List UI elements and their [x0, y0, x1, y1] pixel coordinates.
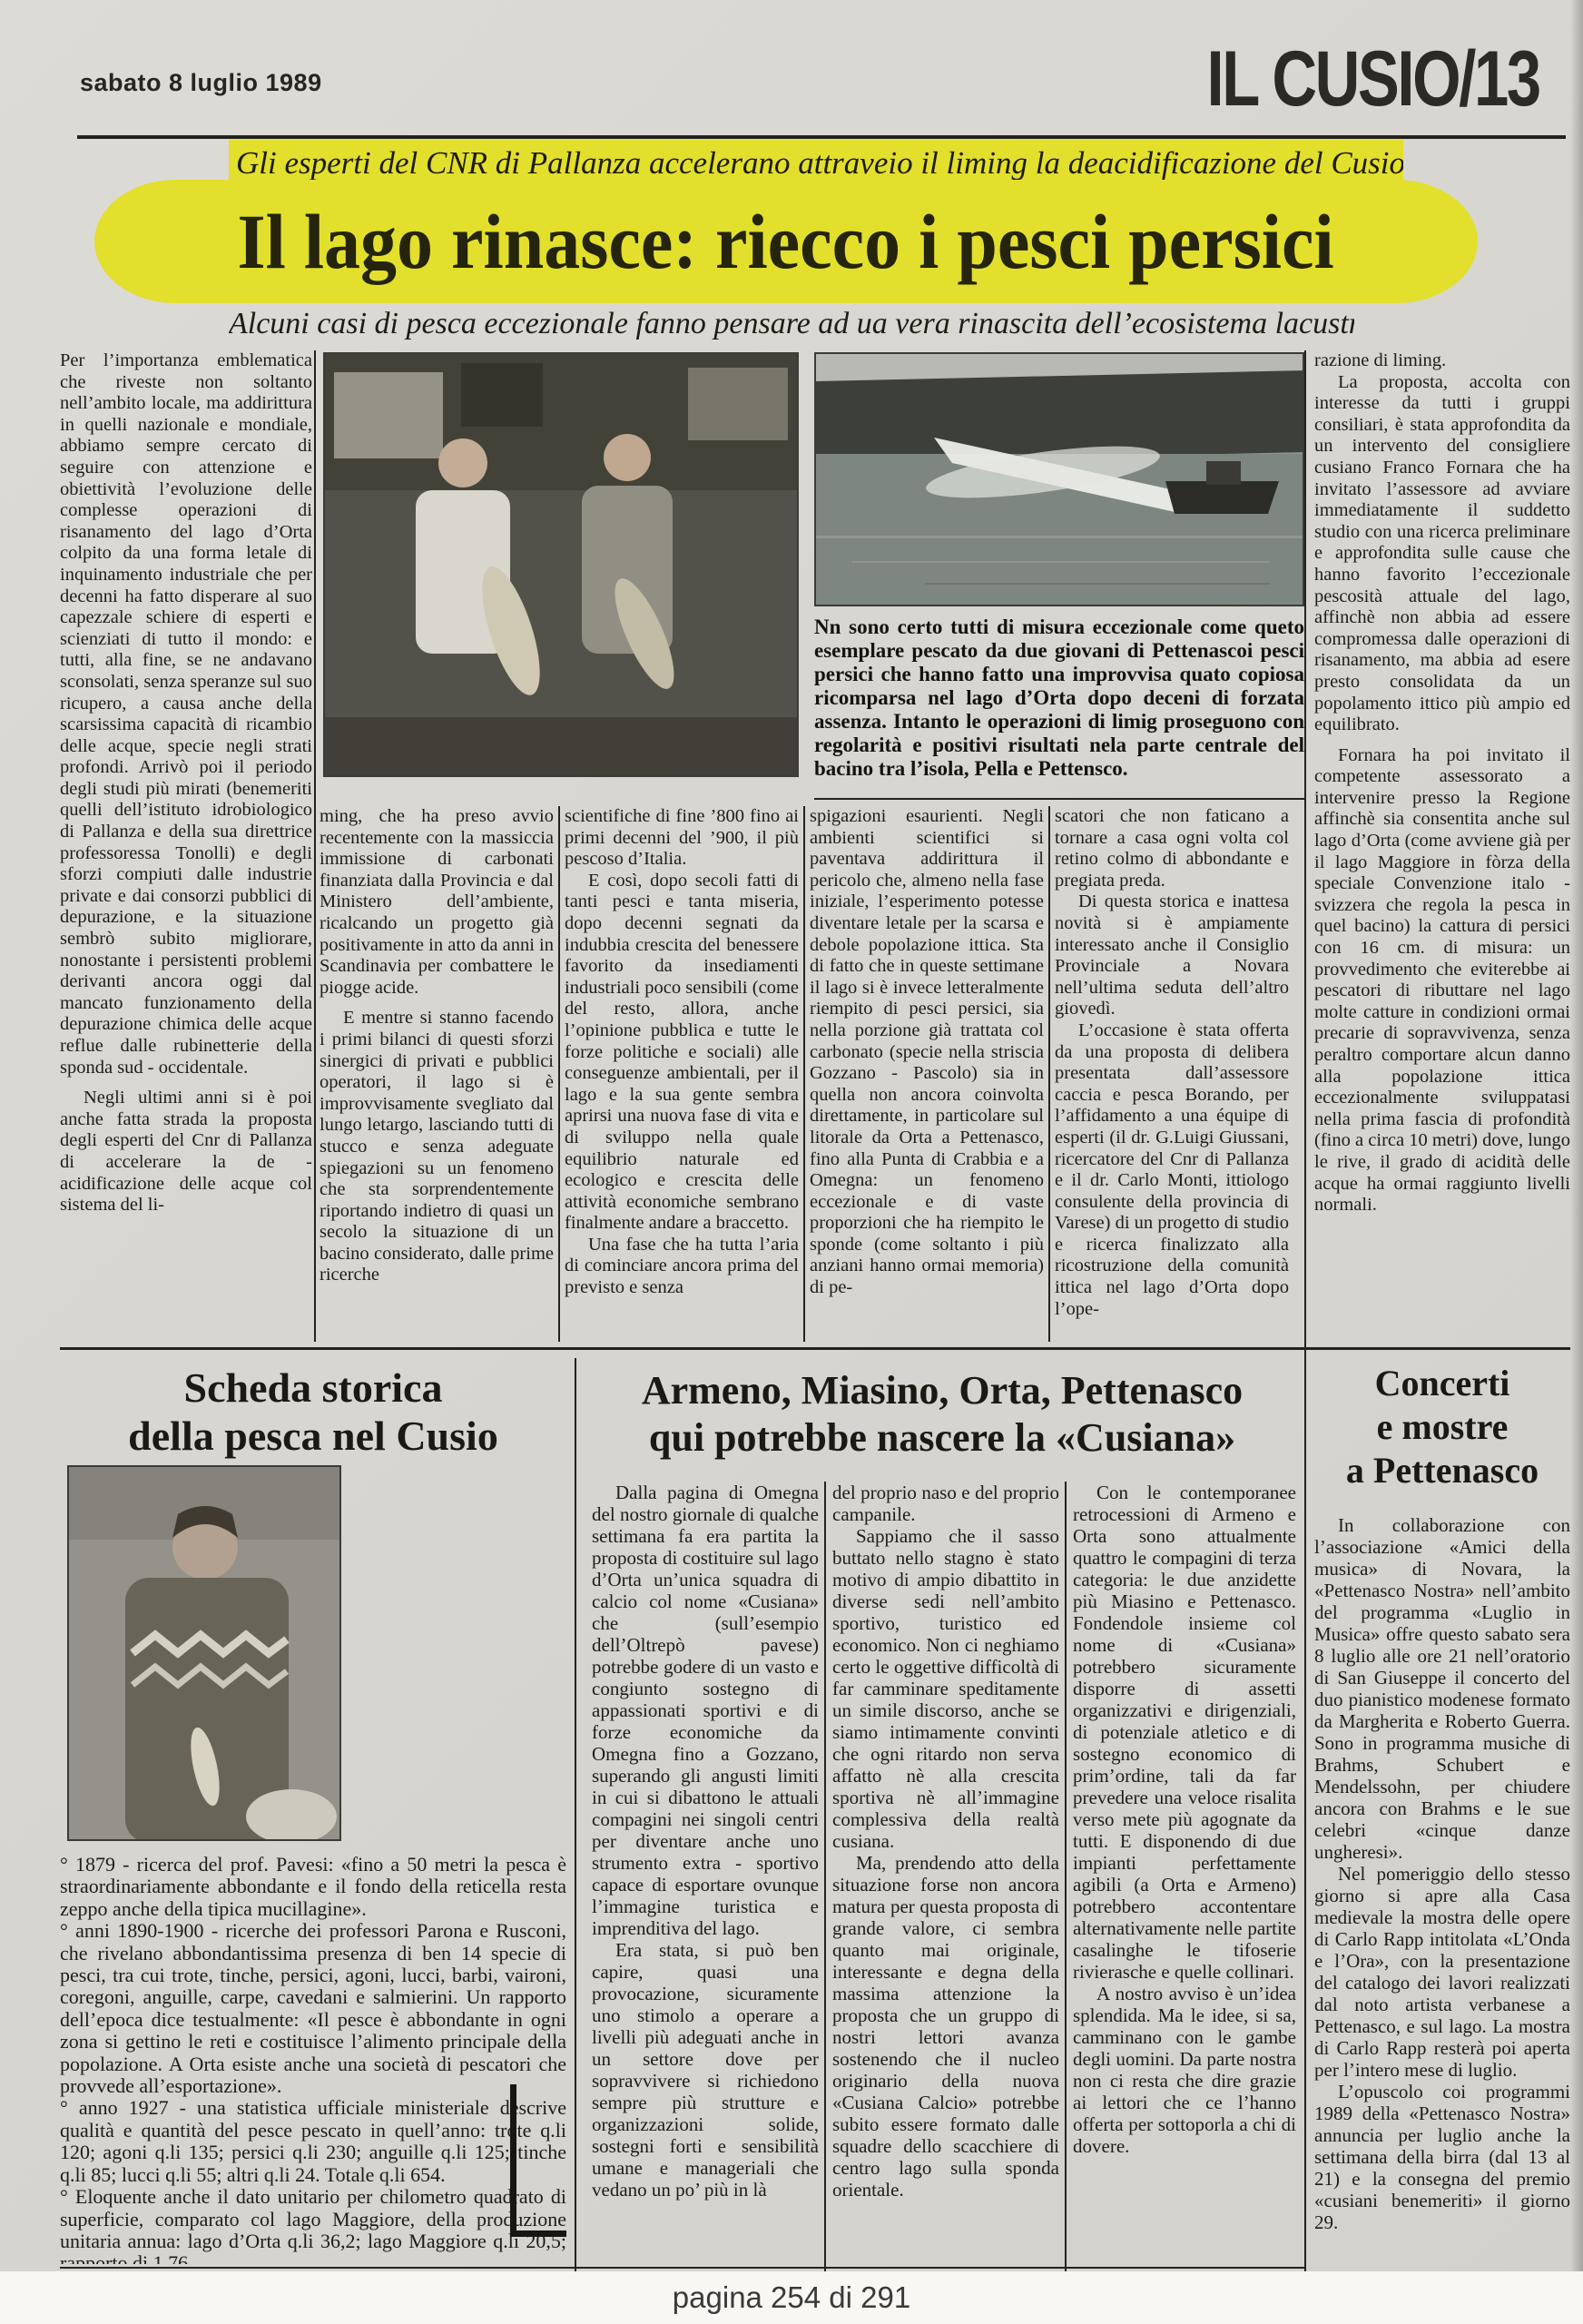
main-headline: Il lago rinasce: riecco i pesci persici	[238, 196, 1334, 287]
column-rule	[314, 350, 316, 1342]
article-column-3: scientifiche di fine ’800 fino ai primi …	[565, 806, 799, 1340]
page-indicator: pagina 254 di 291	[673, 2280, 910, 2315]
concerti-title-line1: Concerti	[1314, 1362, 1570, 1405]
article-column-1: Per l’importanza emblematica che riveste…	[60, 350, 312, 1342]
concerti-title-line2: e mostre	[1314, 1405, 1570, 1449]
concerti-title: Concerti e mostre a Pettenasco	[1314, 1362, 1570, 1492]
paragraph: Ma, prendendo atto della situazione fors…	[832, 1852, 1059, 2201]
paragraph: E così, dopo secoli fatti di tanti pesci…	[565, 871, 799, 1235]
masthead-title: IL CUSIO/13	[1207, 34, 1539, 124]
article-column-6: razione di liming. La proposta, accolta …	[1314, 350, 1570, 1342]
scheda-item: ° 1879 - ricerca del prof. Pavesi: «fino…	[60, 1854, 566, 1920]
scheda-item: ° anno 1927 - una statistica ufficiale m…	[60, 2097, 566, 2186]
column-rule	[1048, 806, 1050, 1342]
scheda-title-line2: della pesca nel Cusio	[60, 1412, 566, 1460]
paragraph: L’occasione è stata offerta da una propo…	[1055, 1020, 1289, 1320]
cusiana-title: Armeno, Miasino, Orta, Pettenasco qui po…	[585, 1367, 1299, 1462]
paragraph: La proposta, accolta con interesse da tu…	[1314, 372, 1570, 736]
paragraph: Negli ultimi anni si è poi anche fatta s…	[60, 1088, 312, 1216]
paragraph: Dalla pagina di Omegna del nostro giorna…	[592, 1482, 819, 1939]
header-rule	[77, 135, 1566, 139]
scheda-list: ° 1879 - ricerca del prof. Pavesi: «fino…	[60, 1854, 566, 2264]
cusiana-column-3: Con le contemporanee retrocessioni di Ar…	[1073, 1482, 1296, 2288]
concerti-column: In collaborazione con l’associazione «Am…	[1314, 1514, 1570, 2288]
paragraph: Fornara ha poi invitato il competente as…	[1314, 745, 1570, 1216]
cusiana-column-1: Dalla pagina di Omegna del nostro giorna…	[592, 1482, 819, 2288]
paragraph: Di questa storica e inattesa novità si è…	[1055, 891, 1289, 1020]
newspaper-page: sabato 8 luglio 1989 IL CUSIO/13 Gli esp…	[0, 0, 1583, 2324]
column-rule	[824, 1482, 826, 2288]
article-column-5: scatori che non faticano a tornare a cas…	[1055, 806, 1289, 1340]
two-men-with-fish-photo	[323, 352, 799, 777]
photo-illustration	[325, 354, 799, 777]
column-rule	[803, 806, 805, 1342]
paragraph: ming, che ha preso avvio recentemente co…	[320, 806, 554, 999]
paragraph: razione di liming.	[1314, 350, 1570, 372]
paragraph: Era stata, si può ben capire, quasi una …	[592, 1939, 819, 2201]
photo-illustration	[69, 1467, 341, 1841]
paragraph: E mentre si stanno facendo i primi bilan…	[320, 1008, 554, 1286]
subheadline: Alcuni casi di pesca eccezionale fanno p…	[229, 307, 1354, 341]
article-column-2: ming, che ha preso avvio recentemente co…	[320, 806, 554, 1340]
page-indicator-bar: pagina 254 di 291	[0, 2271, 1583, 2324]
paragraph: In collaborazione con l’associazione «Am…	[1314, 1514, 1570, 1863]
paragraph: Una fase che ha tutta l’aria di comincia…	[565, 1235, 799, 1299]
caption-rule	[814, 798, 1304, 800]
footer-rule	[60, 2267, 1305, 2269]
paragraph: A nostro avviso è un’idea splendida. Ma …	[1073, 1983, 1296, 2157]
lake-liming-boat-photo	[814, 352, 1304, 606]
paragraph: spigazioni esaurienti. Negli ambienti sc…	[810, 806, 1044, 1299]
section-divider-rule	[60, 1347, 1570, 1350]
column-rule	[1304, 350, 1306, 2280]
box-corner-decoration	[510, 2084, 566, 2237]
paragraph: del proprio naso e del proprio campanile…	[832, 1482, 1059, 1525]
cusiana-title-line1: Armeno, Miasino, Orta, Pettenasco	[585, 1367, 1299, 1414]
paragraph: Nel pomeriggio dello stesso giorno si ap…	[1314, 1863, 1570, 2081]
column-rule	[575, 1358, 576, 2280]
scheda-title-line1: Scheda storica	[60, 1364, 566, 1412]
fisherman-portrait-photo	[67, 1465, 341, 1841]
paragraph: scientifiche di fine ’800 fino ai primi …	[565, 806, 799, 871]
column-rule	[1065, 1482, 1067, 2288]
concerti-title-line3: a Pettenasco	[1314, 1449, 1570, 1492]
cusiana-title-line2: qui potrebbe nascere la «Cusiana»	[585, 1414, 1299, 1462]
scheda-item: ° Eloquente anche il dato unitario per c…	[60, 2186, 566, 2264]
photo-caption: Nn sono certo tutti di misura eccezional…	[814, 615, 1304, 795]
cusiana-column-2: del proprio naso e del proprio campanile…	[832, 1482, 1059, 2288]
scheda-item: ° anni 1890-1900 - ricerche dei professo…	[60, 1920, 566, 2097]
photo-illustration	[816, 354, 1304, 606]
headline-highlight: Il lago rinasce: riecco i pesci persici	[94, 180, 1478, 303]
paragraph: L’opuscolo coi programmi 1989 della «Pet…	[1314, 2081, 1570, 2233]
scheda-title: Scheda storica della pesca nel Cusio	[60, 1364, 566, 1460]
article-column-4: spigazioni esaurienti. Negli ambienti sc…	[810, 806, 1044, 1340]
paragraph: Sappiamo che il sasso buttato nello stag…	[832, 1525, 1059, 1852]
column-rule	[558, 806, 560, 1342]
paragraph: scatori che non faticano a tornare a cas…	[1055, 806, 1289, 891]
edition-date: sabato 8 luglio 1989	[80, 69, 322, 97]
paragraph: Con le contemporanee retrocessioni di Ar…	[1073, 1482, 1296, 1983]
paragraph: Per l’importanza emblematica che riveste…	[60, 350, 312, 1078]
scan-edge-shadow	[1570, 0, 1583, 2324]
